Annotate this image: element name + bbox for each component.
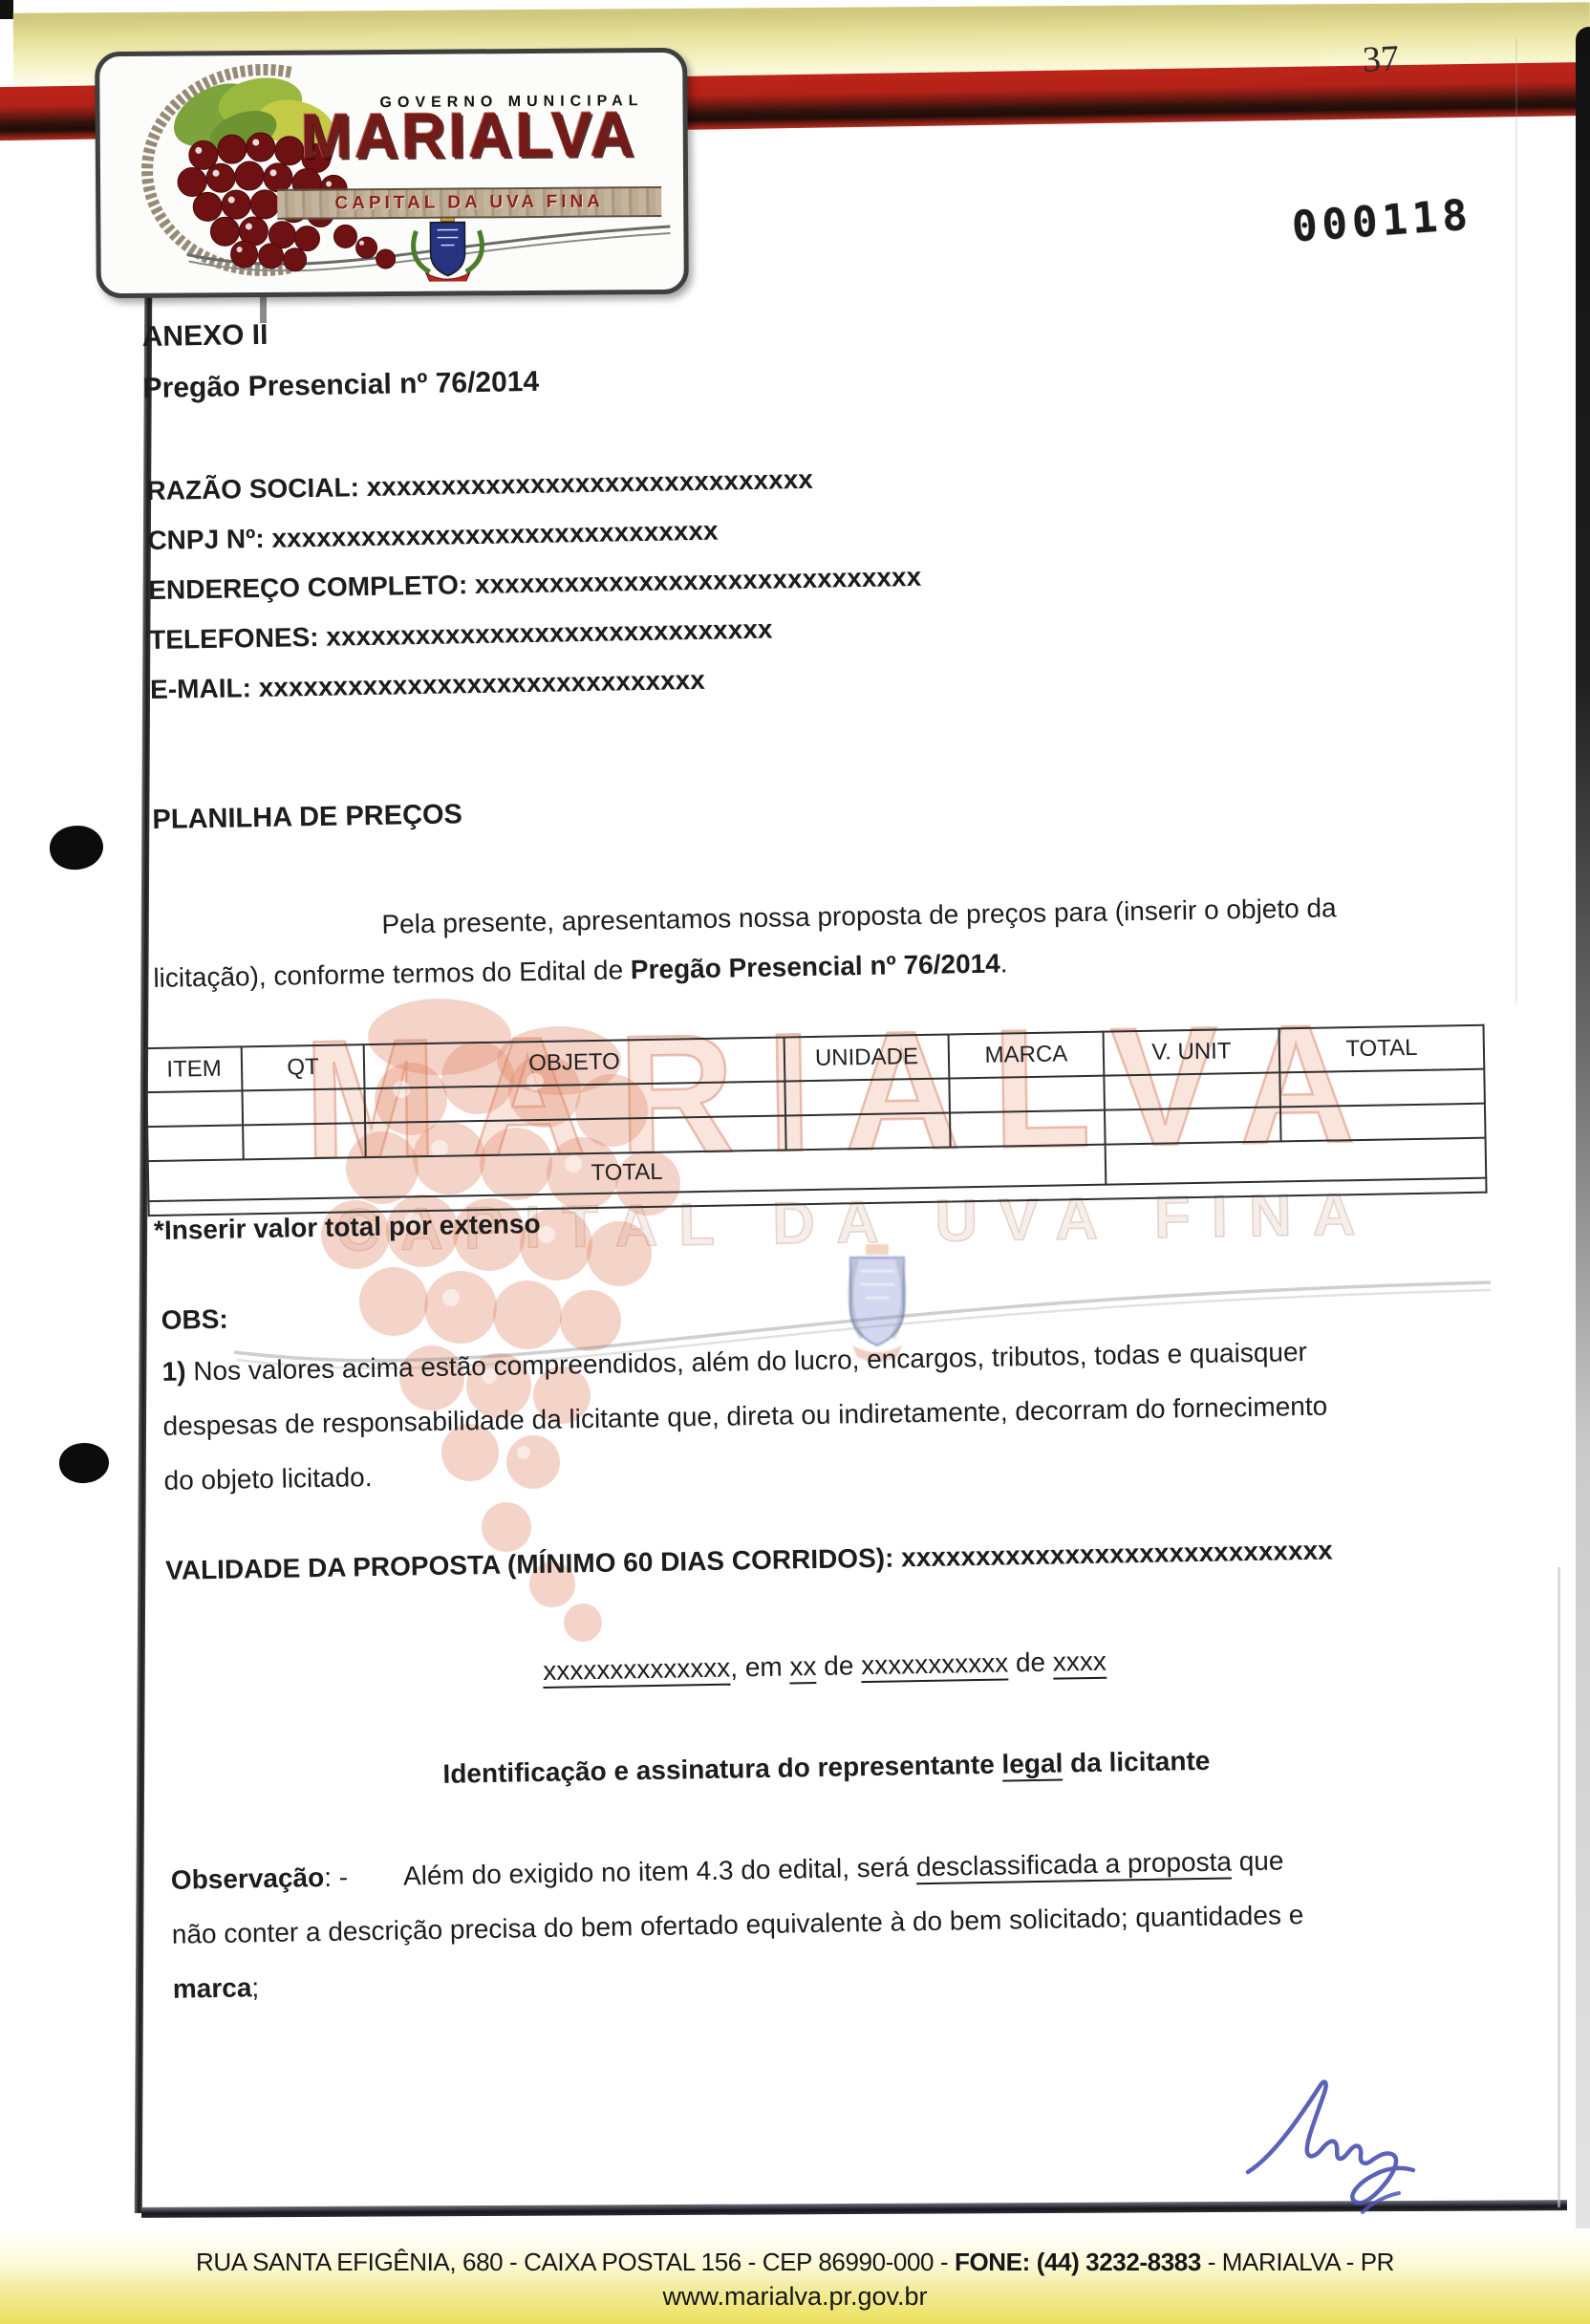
obs-line3: do objeto licitado.: [163, 1462, 372, 1496]
intro-paragraph-line1: Pela presente, apresentamos nossa propos…: [381, 893, 1337, 939]
col-header-total: TOTAL: [1279, 1025, 1485, 1073]
intro-process-ref: Pregão Presencial nº 76/2014: [631, 949, 1000, 985]
col-header-objeto: OBJETO: [364, 1037, 785, 1088]
annex-title: ANEXO II: [141, 319, 268, 354]
observation-line3: marca;: [173, 1972, 260, 2005]
field-value: xxxxxxxxxxxxxxxxxxxxxxxxxxxxxx: [258, 665, 705, 702]
logo-tagline-band: CAPITAL DA UVA FINA: [277, 186, 661, 220]
field-endereco: ENDEREÇO COMPLETO: xxxxxxxxxxxxxxxxxxxxx…: [148, 562, 921, 606]
date-placeholder-line: xxxxxxxxxxxxxx, em xx de xxxxxxxxxxx de …: [165, 1640, 1484, 1693]
observation-line1: Observação: -Além do exigido no item 4.3…: [171, 1845, 1284, 1895]
logo-city-name: MARIALVA: [268, 97, 670, 173]
table-footnote: *Inserir valor total por extenso: [154, 1209, 541, 1246]
field-label: TELEFONES:: [149, 622, 327, 655]
document-body: ANEXO II Pregão Presencial nº 76/2014 RA…: [0, 0, 1590, 2324]
validity-line: VALIDADE DA PROPOSTA (MÍNIMO 60 DIAS COR…: [165, 1536, 1333, 1586]
intro-paragraph-line2: licitação), conforme termos do Edital de…: [153, 948, 1008, 994]
intro-text: licitação), conforme termos do Edital de: [153, 955, 631, 993]
validity-value: xxxxxxxxxxxxxxxxxxxxxxxxxxxxx: [901, 1536, 1333, 1573]
date-year: xxxx: [1053, 1646, 1107, 1680]
obs-line1: 1) Nos valores acima estão compreendidos…: [161, 1337, 1307, 1388]
observation-line2: não conter a descrição precisa do bem of…: [172, 1900, 1304, 1950]
obs-marker: 1): [161, 1356, 185, 1386]
col-header-item: ITEM: [146, 1046, 243, 1092]
date-month: xxxxxxxxxxx: [861, 1647, 1009, 1683]
total-value-cell: [1106, 1138, 1487, 1185]
field-label: E-MAIL:: [150, 673, 259, 704]
scanned-document-page: 37 000118: [0, 0, 1590, 2324]
legal-underlined: legal: [1001, 1749, 1063, 1782]
col-header-vunit: V. UNIT: [1104, 1028, 1280, 1075]
desclassificada-underlined: desclassificada a proposta: [916, 1846, 1233, 1884]
obs-line2: despesas de responsabilidade da licitant…: [162, 1391, 1327, 1442]
price-table: ITEM QT OBJETO UNIDADE MARCA V. UNIT TOT…: [145, 1024, 1488, 1216]
field-value: xxxxxxxxxxxxxxxxxxxxxxxxxxxxxx: [475, 562, 922, 599]
process-title: Pregão Presencial nº 76/2014: [142, 366, 539, 405]
coat-of-arms-icon: [413, 214, 482, 284]
col-header-marca: MARCA: [949, 1032, 1105, 1079]
handwritten-signature: [1240, 2072, 1422, 2215]
signature-caption: Identificação e assinatura do representa…: [167, 1741, 1486, 1795]
obs-title: OBS:: [161, 1304, 228, 1336]
col-header-unidade: UNIDADE: [784, 1034, 950, 1081]
field-razao-social: RAZÃO SOCIAL: xxxxxxxxxxxxxxxxxxxxxxxxxx…: [146, 464, 813, 506]
field-label: ENDEREÇO COMPLETO:: [148, 570, 475, 605]
logo-tagline: CAPITAL DA UVA FINA: [334, 191, 604, 214]
validity-label: VALIDADE DA PROPOSTA (MÍNIMO 60 DIAS COR…: [165, 1542, 901, 1584]
field-value: xxxxxxxxxxxxxxxxxxxxxxxxxxxxxx: [366, 464, 813, 502]
intro-text-end: .: [999, 948, 1007, 978]
date-day: xx: [789, 1651, 817, 1684]
field-value: xxxxxxxxxxxxxxxxxxxxxxxxxxxxxx: [271, 516, 719, 553]
date-place: xxxxxxxxxxxxxx: [543, 1653, 731, 1689]
observation-label: Observação: [171, 1862, 325, 1895]
field-email: E-MAIL: xxxxxxxxxxxxxxxxxxxxxxxxxxxxxx: [150, 665, 705, 705]
field-value: xxxxxxxxxxxxxxxxxxxxxxxxxxxxxx: [326, 614, 773, 652]
col-header-qt: QT: [242, 1044, 365, 1090]
field-label: CNPJ Nº:: [147, 524, 272, 555]
field-telefones: TELEFONES: xxxxxxxxxxxxxxxxxxxxxxxxxxxxx…: [149, 614, 773, 656]
obs-text: Nos valores acima estão compreendidos, a…: [185, 1337, 1307, 1386]
field-label: RAZÃO SOCIAL:: [146, 472, 367, 506]
field-cnpj: CNPJ Nº: xxxxxxxxxxxxxxxxxxxxxxxxxxxxxx: [147, 516, 719, 556]
section-title: PLANILHA DE PREÇOS: [152, 799, 462, 836]
municipal-logo: GOVERNO MUNICIPAL MARIALVA CAPITAL DA UV…: [95, 48, 689, 298]
